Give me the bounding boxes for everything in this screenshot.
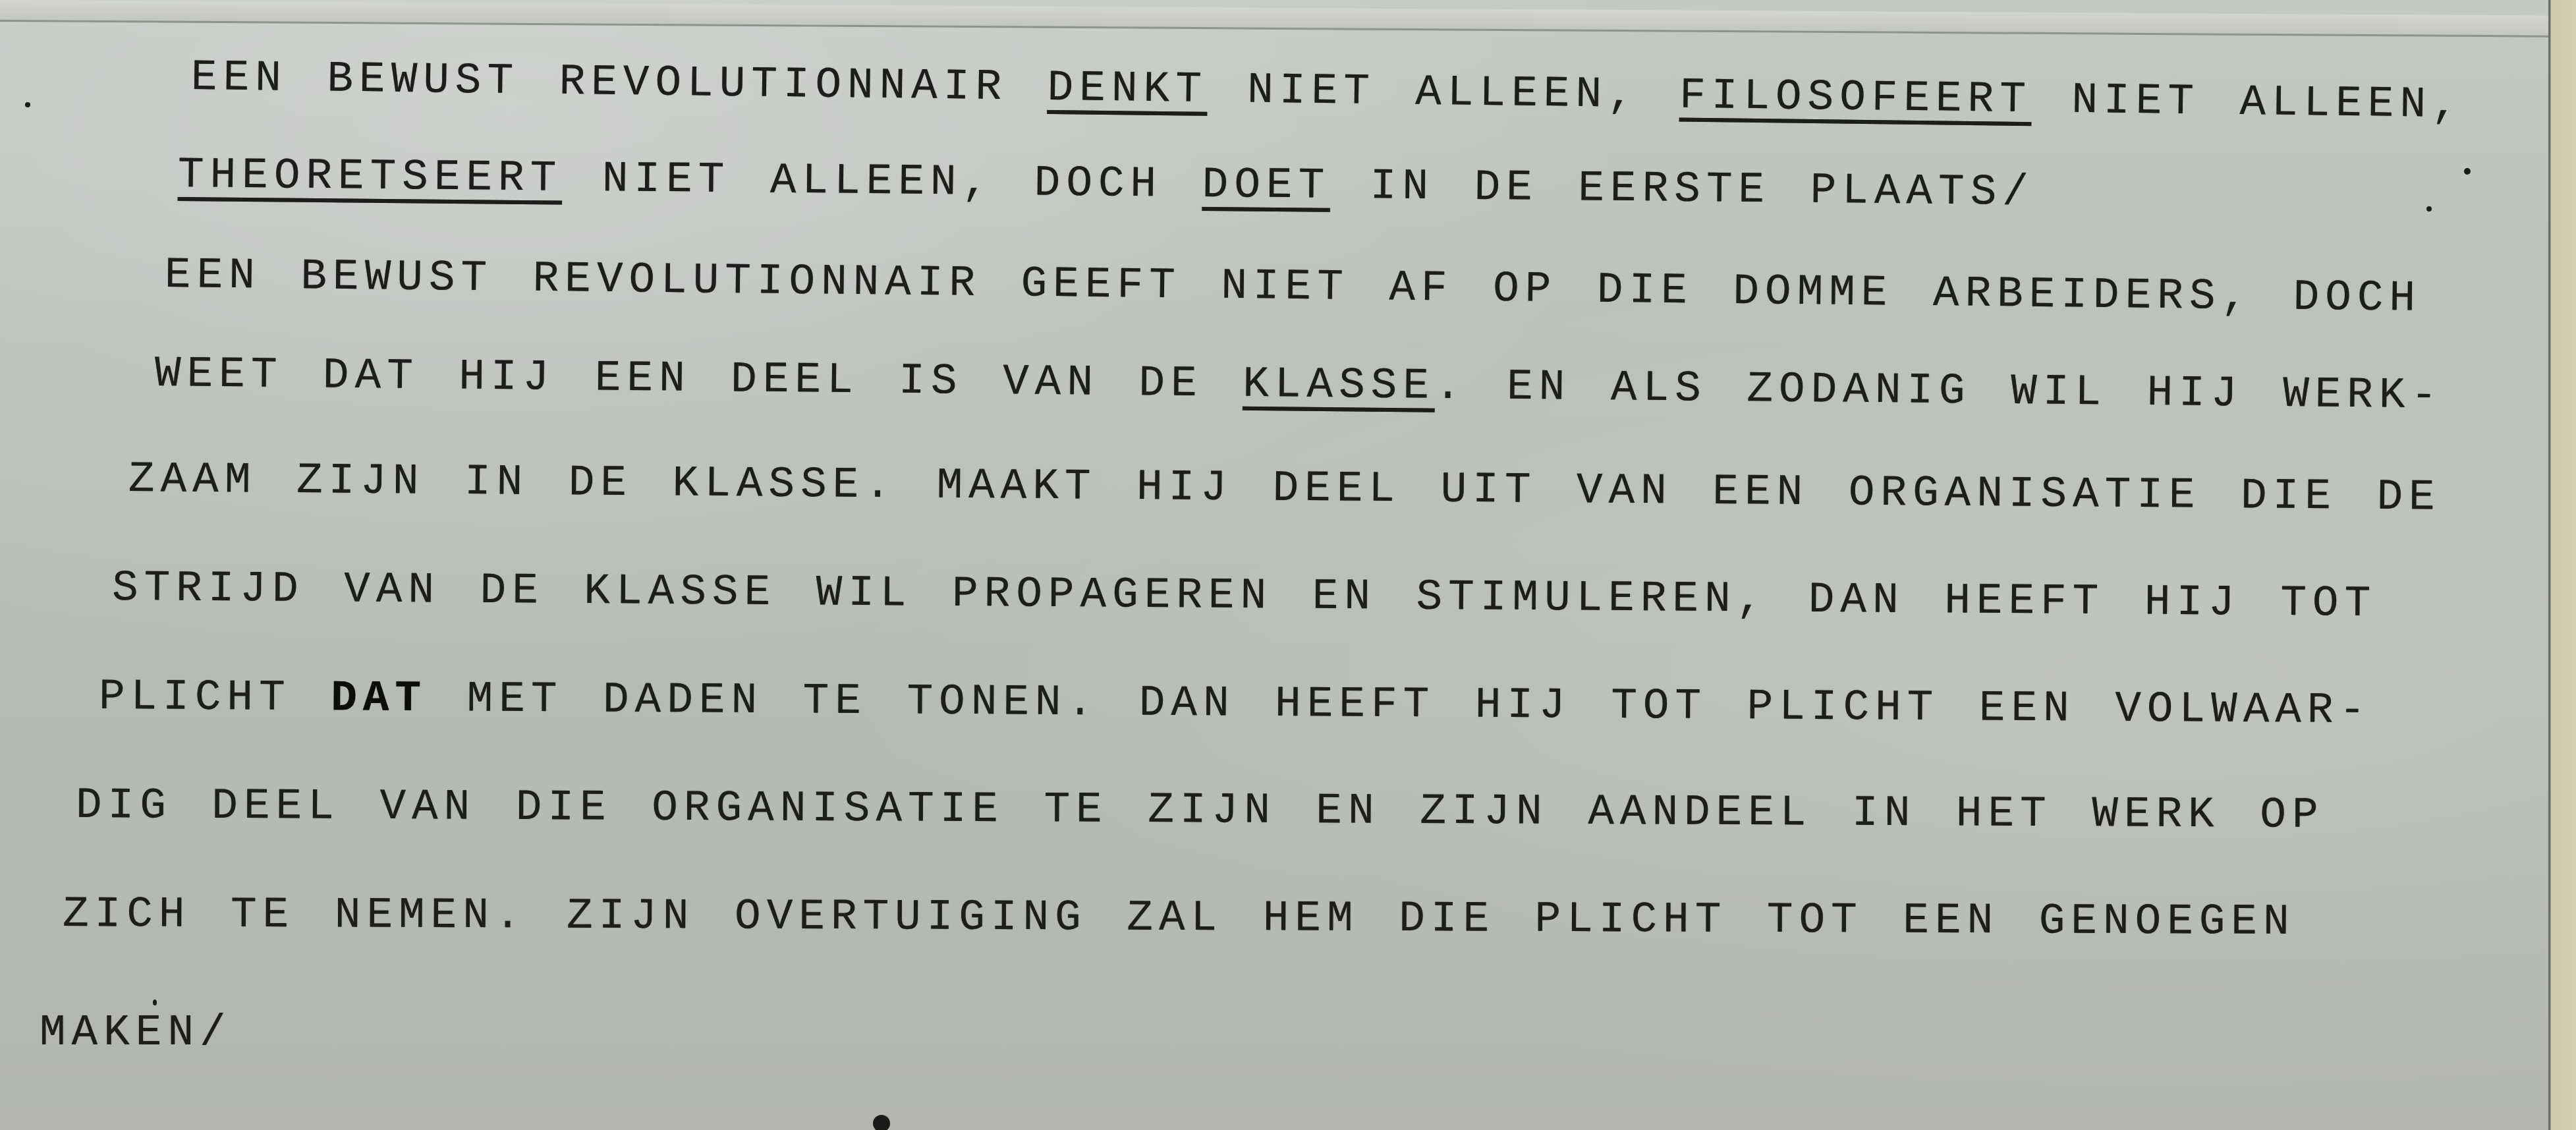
text-segment: ZAAM ZIJN IN DE KLASSE. MAAKT HIJ DEEL U… [128,455,2441,523]
text-segment: EEN BEWUST REVOLUTIONNAIR [191,53,1048,113]
underlined-word: KLASSE [1243,360,1435,411]
text-segment: MET DADEN TE TONEN. DAN HEEFT HIJ TOT PL… [427,674,2372,735]
ink-speck [2426,206,2432,212]
text-segment: STRIJD VAN DE KLASSE WIL PROPAGEREN EN S… [112,563,2377,629]
text-line: ZICH TE NEMEN. ZIJN OVERTUIGING ZAL HEM … [63,890,2295,947]
underlined-word: DOET [1202,160,1330,211]
ink-speck [2464,168,2471,175]
ink-speck [25,102,30,107]
text-segment: PLICHT [99,672,331,723]
text-segment: ZICH TE NEMEN. ZIJN OVERTUIGING ZAL HEM … [63,890,2295,947]
text-segment: EEN BEWUST REVOLUTIONNAIR GEEFT NIET AF … [165,250,2422,324]
underlined-word: THEORETSEERT [178,150,563,204]
emphasized-word: DAT [331,673,427,723]
text-line: EEN BEWUST REVOLUTIONNAIR GEEFT NIET AF … [165,250,2422,324]
text-line: DIG DEEL VAN DIE ORGANISATIE TE ZIJN EN … [76,781,2324,840]
ink-speck [153,1000,157,1005]
text-segment: NIET ALLEEN, [1207,65,1679,121]
text-segment: NIET ALLEEN, DOCH [562,154,1202,210]
text-line: ZAAM ZIJN IN DE KLASSE. MAAKT HIJ DEEL U… [128,455,2441,523]
text-segment: WEET DAT HIJ EEN DEEL IS VAN DE [155,349,1243,409]
text-line: WEET DAT HIJ EEN DEEL IS VAN DE KLASSE. … [155,349,2444,420]
text-line: STRIJD VAN DE KLASSE WIL PROPAGEREN EN S… [112,563,2377,629]
text-line: MAKEN/ [40,1008,232,1058]
text-segment: . EN ALS ZODANIG WIL HIJ WERK- [1435,362,2444,421]
text-segment: MAKEN/ [40,1008,232,1058]
typewritten-text-body: EEN BEWUST REVOLUTIONNAIR DENKT NIET ALL… [0,0,2550,1130]
underlined-word: FILOSOFEERT [1679,71,2032,125]
text-line: EEN BEWUST REVOLUTIONNAIR DENKT NIET ALL… [191,53,2465,130]
text-line: PLICHT DAT MET DADEN TE TONEN. DAN HEEFT… [99,672,2372,735]
text-segment: NIET ALLEEN, [2031,75,2464,130]
text-segment: IN DE EERSTE PLAATS/ [1330,161,2034,217]
text-line: THEORETSEERT NIET ALLEEN, DOCH DOET IN D… [178,150,2035,217]
ink-speck [873,1115,890,1130]
text-segment: DIG DEEL VAN DIE ORGANISATIE TE ZIJN EN … [76,781,2324,840]
paper-right-edge [2548,0,2576,1130]
underlined-word: DENKT [1047,63,1208,115]
